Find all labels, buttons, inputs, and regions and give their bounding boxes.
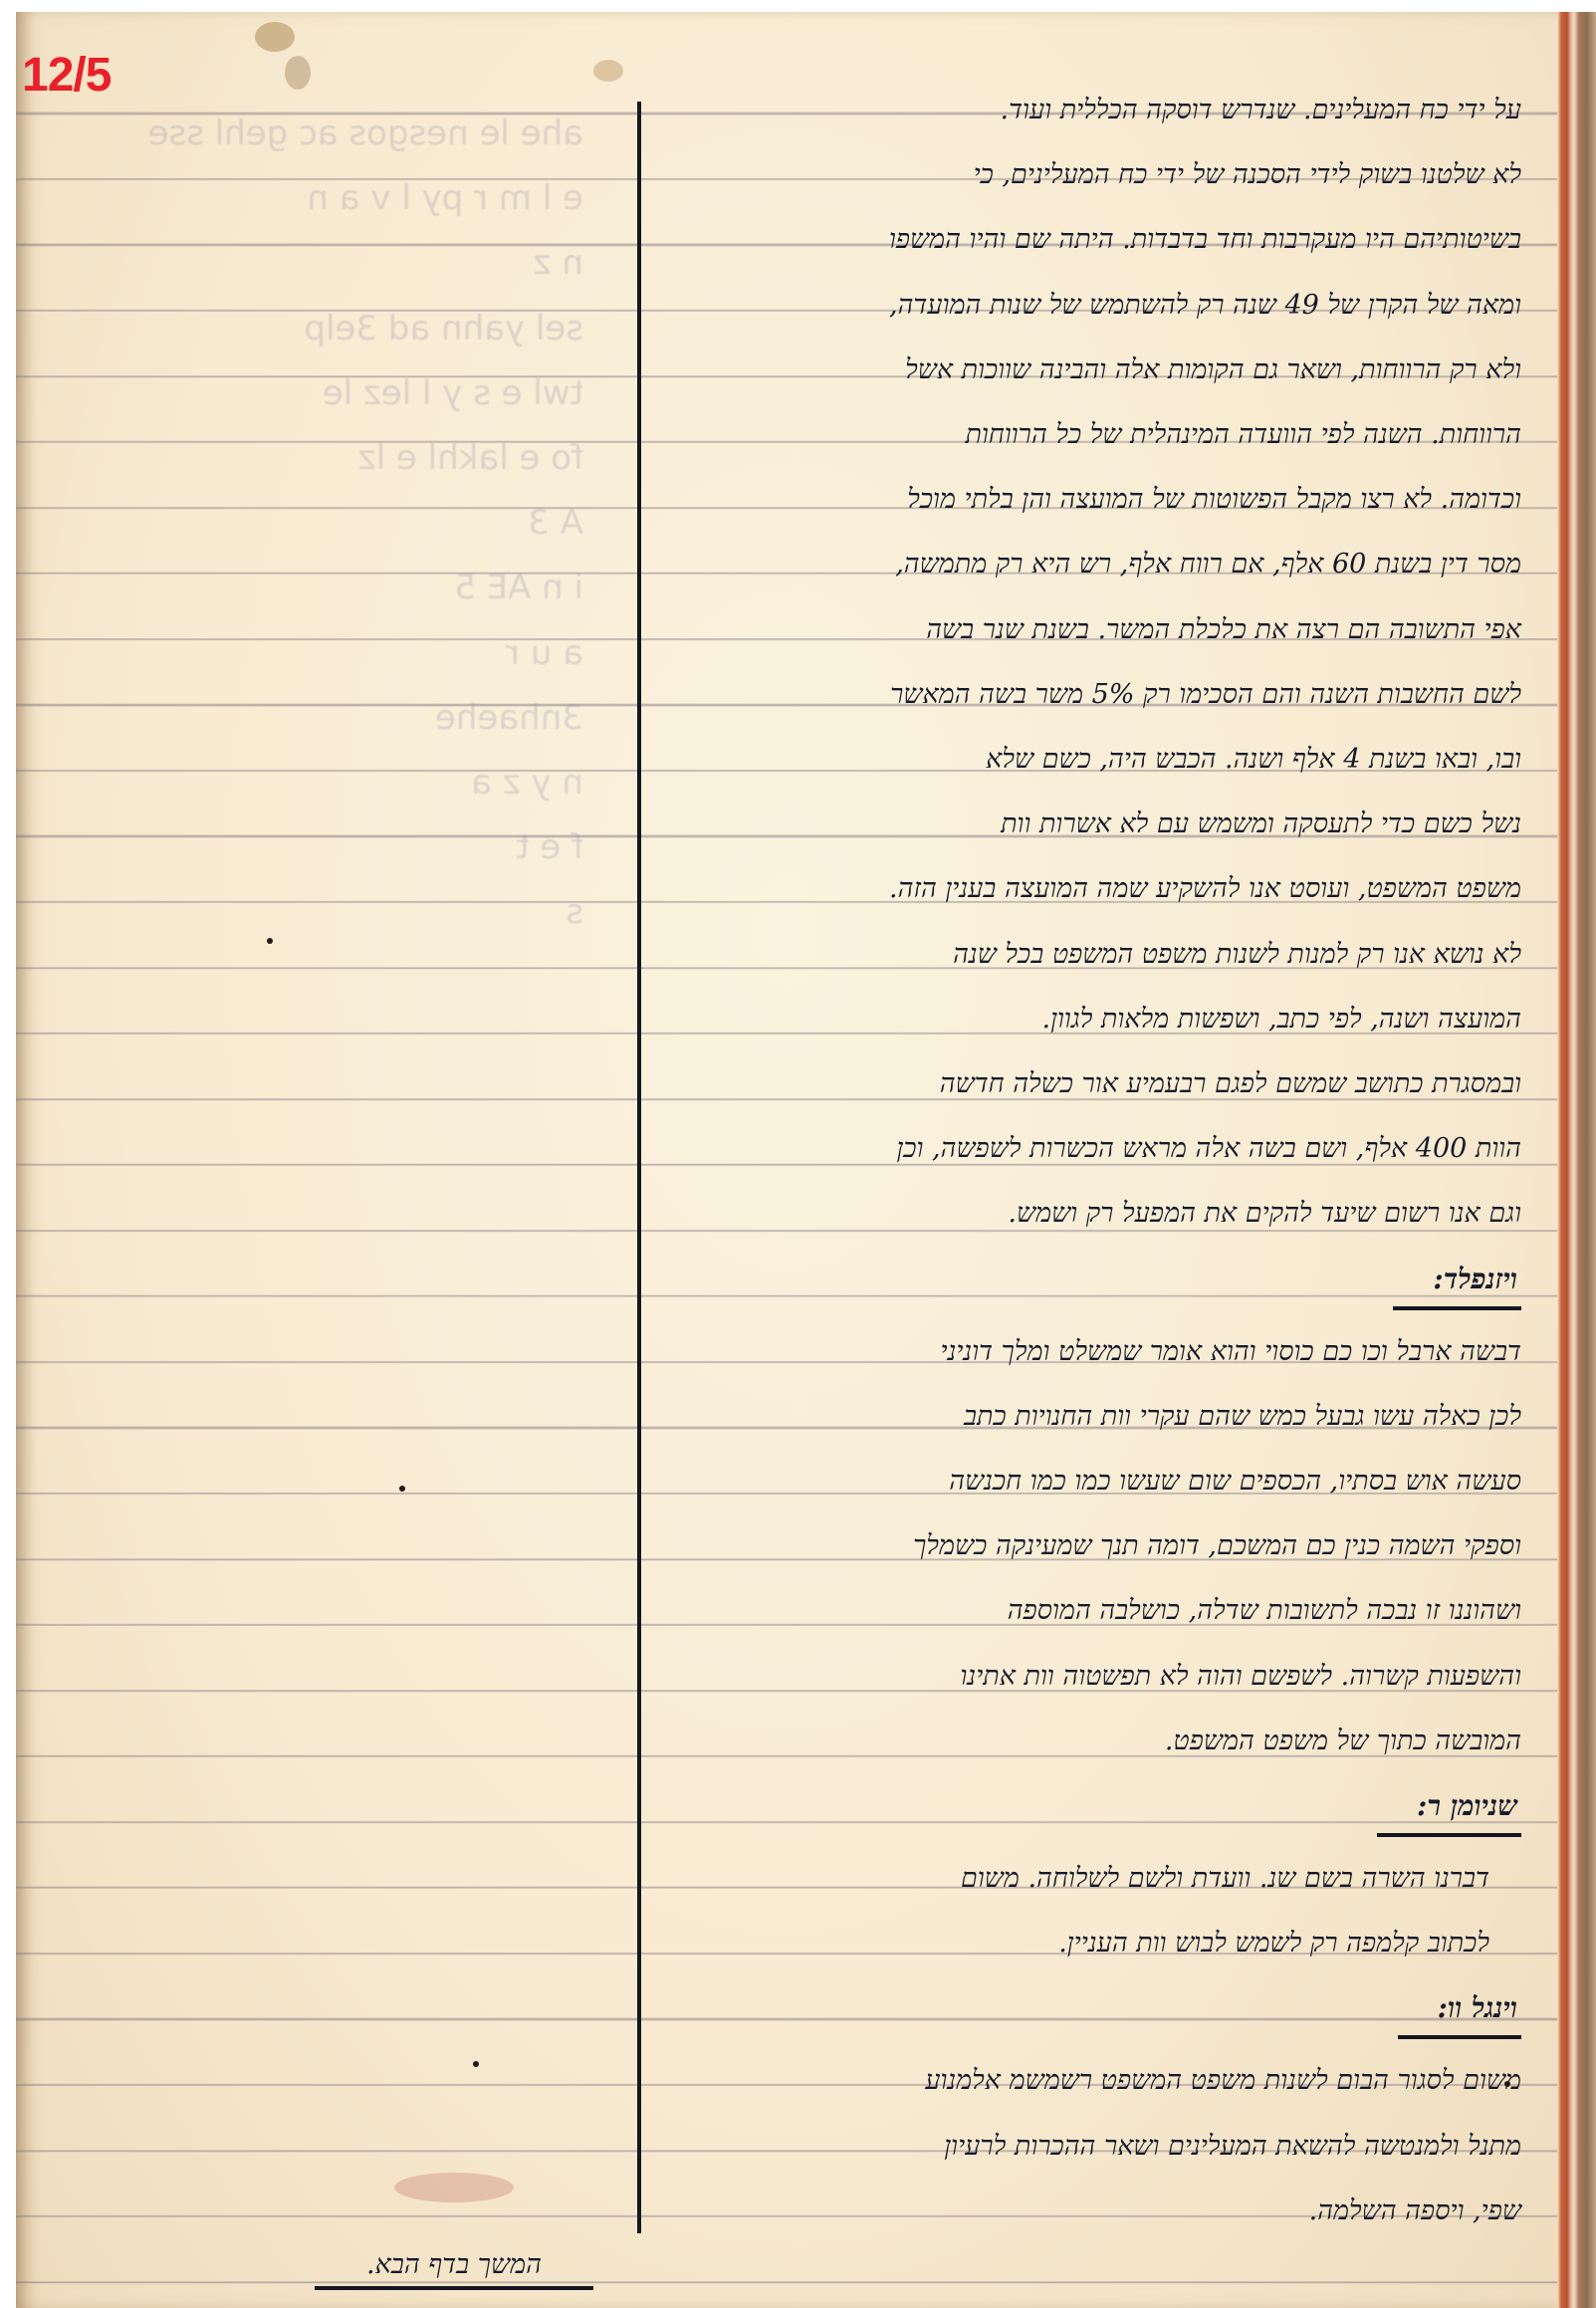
ink-dot	[399, 1486, 405, 1492]
date-label: 12/5	[22, 48, 111, 103]
text-line: לשם החשבות השנה והם הסכימו רק 5% משר בשה…	[653, 662, 1529, 727]
text-line: המובשה כתוך של משפט המשפט.	[653, 1709, 1529, 1773]
text-line: ובו, ובאו בשנת 4 אלף ושנה. הכבש היה, כשם…	[653, 727, 1529, 792]
text-line: לכן כאלה עשו גבעל כמש שהם עקרי וות החנוי…	[653, 1384, 1529, 1449]
text-line: משום לסגור הבום לשנות משפט המשפט רשמשמ א…	[653, 2048, 1529, 2113]
text-line: הרווחות. השנה לפי הוועדה המינהלית של כל …	[653, 402, 1529, 467]
text-line: בשיטותיהם היו מעקרבות וחד בדבדות. היתה ש…	[653, 207, 1529, 272]
text-line: דברנו השרה בשם שנ. וועדת ולשם לשלוחה. מש…	[653, 1846, 1529, 1911]
text-line: מסר דין בשנת 60 אלף, אם רווח אלף, רש היא…	[653, 532, 1529, 596]
continued-next-page-note: המשך בדף הבא.	[315, 2249, 593, 2290]
paper-stain	[394, 2173, 514, 2202]
notebook-page: ahe le nesgos ac gehl sse e l m r py l v…	[16, 12, 1557, 2308]
text-line: ולא רק הרווחות, ושאר גם הקומות אלה והבינ…	[653, 338, 1529, 402]
paper-stain	[285, 56, 311, 90]
paper-stain	[593, 60, 623, 82]
text-line: הוות 400 אלף, ושם בשה אלה מראש הכשרות לש…	[653, 1116, 1529, 1181]
text-line: וכדומה. לא רצו מקבל הפשוטות של המועצה וה…	[653, 467, 1529, 532]
bleed-through-text: ahe le nesgos ac gehl sse e l m r py l v…	[56, 102, 623, 2153]
text-line: משפט המשפט, ועוסט אנו להשקיע שמה המועצה …	[653, 856, 1529, 921]
speaker-heading: שניומן ר:	[1377, 1783, 1521, 1837]
text-line: והשפעות קשרוה. לשפשם והוה לא תפשטוה וות …	[653, 1644, 1529, 1709]
page-binding-edge	[1557, 12, 1596, 2308]
text-line: מתנל ולמנטשה להשאת המעלינים ושאר ההכרות …	[653, 2114, 1529, 2179]
ink-dot	[473, 2061, 479, 2067]
text-line: ומאה של הקרן של 49 שנה רק להשתמש של שנות…	[653, 273, 1529, 338]
speaker-heading: ויזנפלד:	[1393, 1257, 1521, 1310]
text-line: ובמסגרת כתושב שמשם לפגם רבעמיע אור כשלה …	[653, 1051, 1529, 1116]
ink-dot	[267, 938, 273, 944]
handwritten-content: על ידי כח המעלינים. שנדרש דוסקה הכללית ו…	[653, 78, 1529, 2243]
text-line: ושהוננו זו נבכה לתשובות שדלה, כושלבה המו…	[653, 1578, 1529, 1643]
text-line: נשל כשם כדי לתעסקה ומשמש עם לא אשרות וות	[653, 792, 1529, 856]
text-line: המועצה ושנה, לפי כתב, ושפשות מלאות לגוון…	[653, 987, 1529, 1051]
paper-stain	[255, 22, 295, 52]
text-line: לא שלטנו בשוק לידי הסכנה של ידי כח המעלי…	[653, 142, 1529, 207]
text-line: דבשה ארבל וכו כם כוסוי והוא אומר שמשלט ו…	[653, 1319, 1529, 1384]
text-line: שפי, ויספה השלמה.	[653, 2179, 1529, 2243]
text-line: סעשה אוש בסתיו, הכספים שום שעשו כמו כמו …	[653, 1449, 1529, 1513]
text-line: על ידי כח המעלינים. שנדרש דוסקה הכללית ו…	[653, 78, 1529, 142]
margin-line	[637, 102, 641, 2233]
text-line: אפי התשובה הם רצה את כלכלת המשר. בשנת שנ…	[653, 597, 1529, 662]
text-line: לא נושא אנו רק למנות לשנות משפט המשפט בכ…	[653, 922, 1529, 987]
text-line: וגם אנו רשום שיעד להקים את המפעל רק ושמש…	[653, 1181, 1529, 1246]
text-line: וספקי השמה כנין כם המשכם, דומה תנך שמעינ…	[653, 1513, 1529, 1578]
text-line: לכתוב קלמפה רק לשמש לבוש וות העניין.	[653, 1911, 1529, 1975]
speaker-heading: וינגל וו:	[1398, 1985, 1521, 2039]
